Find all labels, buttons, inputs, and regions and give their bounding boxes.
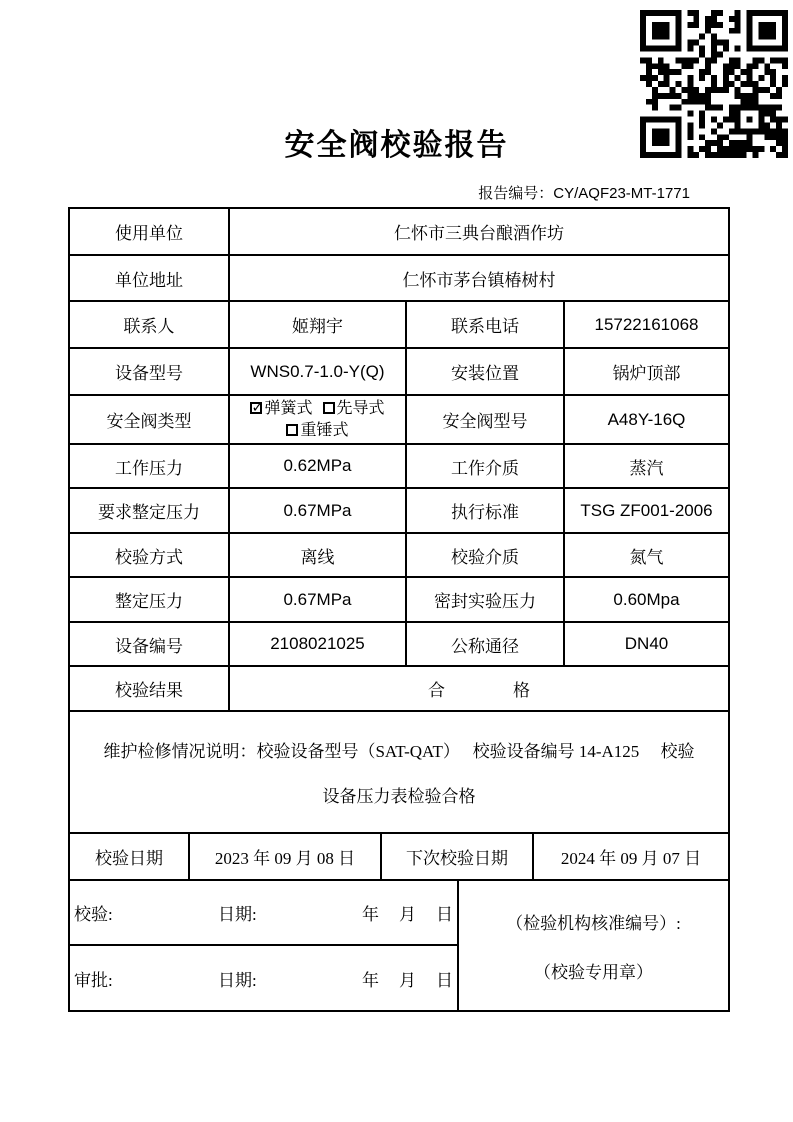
approve-sign-cell: 审批: 日期: 年 月 日 — [69, 945, 458, 1011]
inspection-org-cell: （检验机构核准编号）: （校验专用章） — [458, 880, 729, 1011]
standard-value: TSG ZF001-2006 — [564, 488, 729, 533]
nominal-diameter-label: 公称通径 — [406, 622, 564, 666]
nominal-diameter-value: DN40 — [564, 622, 729, 666]
result-label: 校验结果 — [69, 666, 229, 711]
signature-table: 校验: 日期: 年 月 日 （检验机构核准编号）: （校验专用章） — [68, 879, 730, 1012]
approve-label: 审批: — [74, 966, 113, 991]
table-row: 校验方式 离线 校验介质 氮气 — [69, 533, 729, 577]
working-medium-label: 工作介质 — [406, 444, 564, 488]
table-row: 要求整定压力 0.67MPa 执行标准 TSG ZF001-2006 — [69, 488, 729, 533]
month-label: 月 — [399, 900, 416, 925]
contact-label: 联系人 — [69, 301, 229, 348]
calibration-seal-label: （校验专用章） — [463, 958, 724, 983]
valve-type-label: 安全阀类型 — [69, 395, 229, 444]
month-label: 月 — [399, 966, 416, 991]
seal-test-pressure-label: 密封实验压力 — [406, 577, 564, 622]
contact-phone-label: 联系电话 — [406, 301, 564, 348]
report-number-label: 报告编号： — [478, 186, 553, 202]
calibration-date-value: 2023 年 09 月 08 日 — [189, 833, 381, 880]
equipment-no-value: 2108021025 — [229, 622, 406, 666]
verify-label: 校验: — [74, 900, 113, 925]
use-unit-value: 仁怀市三典台酿酒作坊 — [229, 208, 729, 255]
result-value: 合 格 — [229, 666, 729, 711]
working-pressure-value: 0.62MPa — [229, 444, 406, 488]
valve-type-option-pilot: 先导式 — [323, 400, 385, 417]
table-row: 设备型号 WNS0.7-1.0-Y(Q) 安装位置 锅炉顶部 — [69, 348, 729, 395]
table-row: 安全阀类型 弹簧式先导式 重锤式 安全阀型号 A48Y-16Q — [69, 395, 729, 444]
main-info-table: 使用单位 仁怀市三典台酿酒作坊 单位地址 仁怀市茅台镇椿树村 联系人 姬翔宇 联… — [68, 207, 730, 834]
day-label: 日 — [436, 966, 453, 991]
report-title: 安全阀校验报告 — [0, 120, 793, 164]
working-medium-value: 蒸汽 — [564, 444, 729, 488]
equipment-model-value: WNS0.7-1.0-Y(Q) — [229, 348, 406, 395]
valve-model-label: 安全阀型号 — [406, 395, 564, 444]
table-row: 单位地址 仁怀市茅台镇椿树村 — [69, 255, 729, 301]
required-set-pressure-value: 0.67MPa — [229, 488, 406, 533]
calibration-medium-value: 氮气 — [564, 533, 729, 577]
table-row: 整定压力 0.67MPa 密封实验压力 0.60Mpa — [69, 577, 729, 622]
unit-address-label: 单位地址 — [69, 255, 229, 301]
install-location-value: 锅炉顶部 — [564, 348, 729, 395]
report-page: 安全阀校验报告 报告编号：CY/AQF23-MT-1771 使用单位 仁怀市三典… — [0, 0, 793, 1122]
calibration-date-table: 校验日期 2023 年 09 月 08 日 下次校验日期 2024 年 09 月… — [68, 832, 730, 881]
next-calibration-date-label: 下次校验日期 — [381, 833, 533, 880]
verify-date-label: 日期: — [218, 900, 257, 925]
table-row: 使用单位 仁怀市三典台酿酒作坊 — [69, 208, 729, 255]
valve-type-options: 弹簧式先导式 重锤式 — [229, 395, 406, 444]
table-row: 设备编号 2108021025 公称通径 DN40 — [69, 622, 729, 666]
table-row: 校验日期 2023 年 09 月 08 日 下次校验日期 2024 年 09 月… — [69, 833, 729, 880]
seal-test-pressure-value: 0.60Mpa — [564, 577, 729, 622]
checkbox-icon — [286, 424, 298, 436]
calibration-method-value: 离线 — [229, 533, 406, 577]
standard-label: 执行标准 — [406, 488, 564, 533]
report-number-value: CY/AQF23-MT-1771 — [553, 185, 690, 202]
report-number-line: 报告编号：CY/AQF23-MT-1771 — [0, 182, 690, 203]
equipment-model-label: 设备型号 — [69, 348, 229, 395]
set-pressure-value: 0.67MPa — [229, 577, 406, 622]
table-row: 校验结果 合 格 — [69, 666, 729, 711]
equipment-no-label: 设备编号 — [69, 622, 229, 666]
calibration-medium-label: 校验介质 — [406, 533, 564, 577]
valve-model-value: A48Y-16Q — [564, 395, 729, 444]
maintenance-remarks-line2: 设备压力表检验合格 — [74, 782, 724, 807]
report-table: 使用单位 仁怀市三典台酿酒作坊 单位地址 仁怀市茅台镇椿树村 联系人 姬翔宇 联… — [68, 207, 728, 1012]
valve-type-option-weight: 重锤式 — [286, 422, 348, 439]
checkbox-icon — [323, 402, 335, 414]
calibration-method-label: 校验方式 — [69, 533, 229, 577]
required-set-pressure-label: 要求整定压力 — [69, 488, 229, 533]
maintenance-remarks-line1: 维护检修情况说明：校验设备型号（SAT-QAT） 校验设备编号 14-A125 … — [74, 737, 724, 762]
use-unit-label: 使用单位 — [69, 208, 229, 255]
org-approval-number-label: （检验机构核准编号）: — [463, 909, 724, 934]
approve-date-label: 日期: — [218, 966, 257, 991]
year-label: 年 — [362, 966, 379, 991]
table-row: 校验: 日期: 年 月 日 （检验机构核准编号）: （校验专用章） — [69, 880, 729, 945]
table-row: 联系人 姬翔宇 联系电话 15722161068 — [69, 301, 729, 348]
maintenance-remarks: 维护检修情况说明：校验设备型号（SAT-QAT） 校验设备编号 14-A125 … — [69, 711, 729, 833]
unit-address-value: 仁怀市茅台镇椿树村 — [229, 255, 729, 301]
day-label: 日 — [436, 900, 453, 925]
working-pressure-label: 工作压力 — [69, 444, 229, 488]
contact-value: 姬翔宇 — [229, 301, 406, 348]
valve-type-option-spring: 弹簧式 — [250, 400, 312, 417]
install-location-label: 安装位置 — [406, 348, 564, 395]
contact-phone-value: 15722161068 — [564, 301, 729, 348]
set-pressure-label: 整定压力 — [69, 577, 229, 622]
calibration-date-label: 校验日期 — [69, 833, 189, 880]
year-label: 年 — [362, 900, 379, 925]
next-calibration-date-value: 2024 年 09 月 07 日 — [533, 833, 729, 880]
table-row: 维护检修情况说明：校验设备型号（SAT-QAT） 校验设备编号 14-A125 … — [69, 711, 729, 833]
verify-sign-cell: 校验: 日期: 年 月 日 — [69, 880, 458, 945]
checkbox-checked-icon — [250, 402, 262, 414]
table-row: 工作压力 0.62MPa 工作介质 蒸汽 — [69, 444, 729, 488]
